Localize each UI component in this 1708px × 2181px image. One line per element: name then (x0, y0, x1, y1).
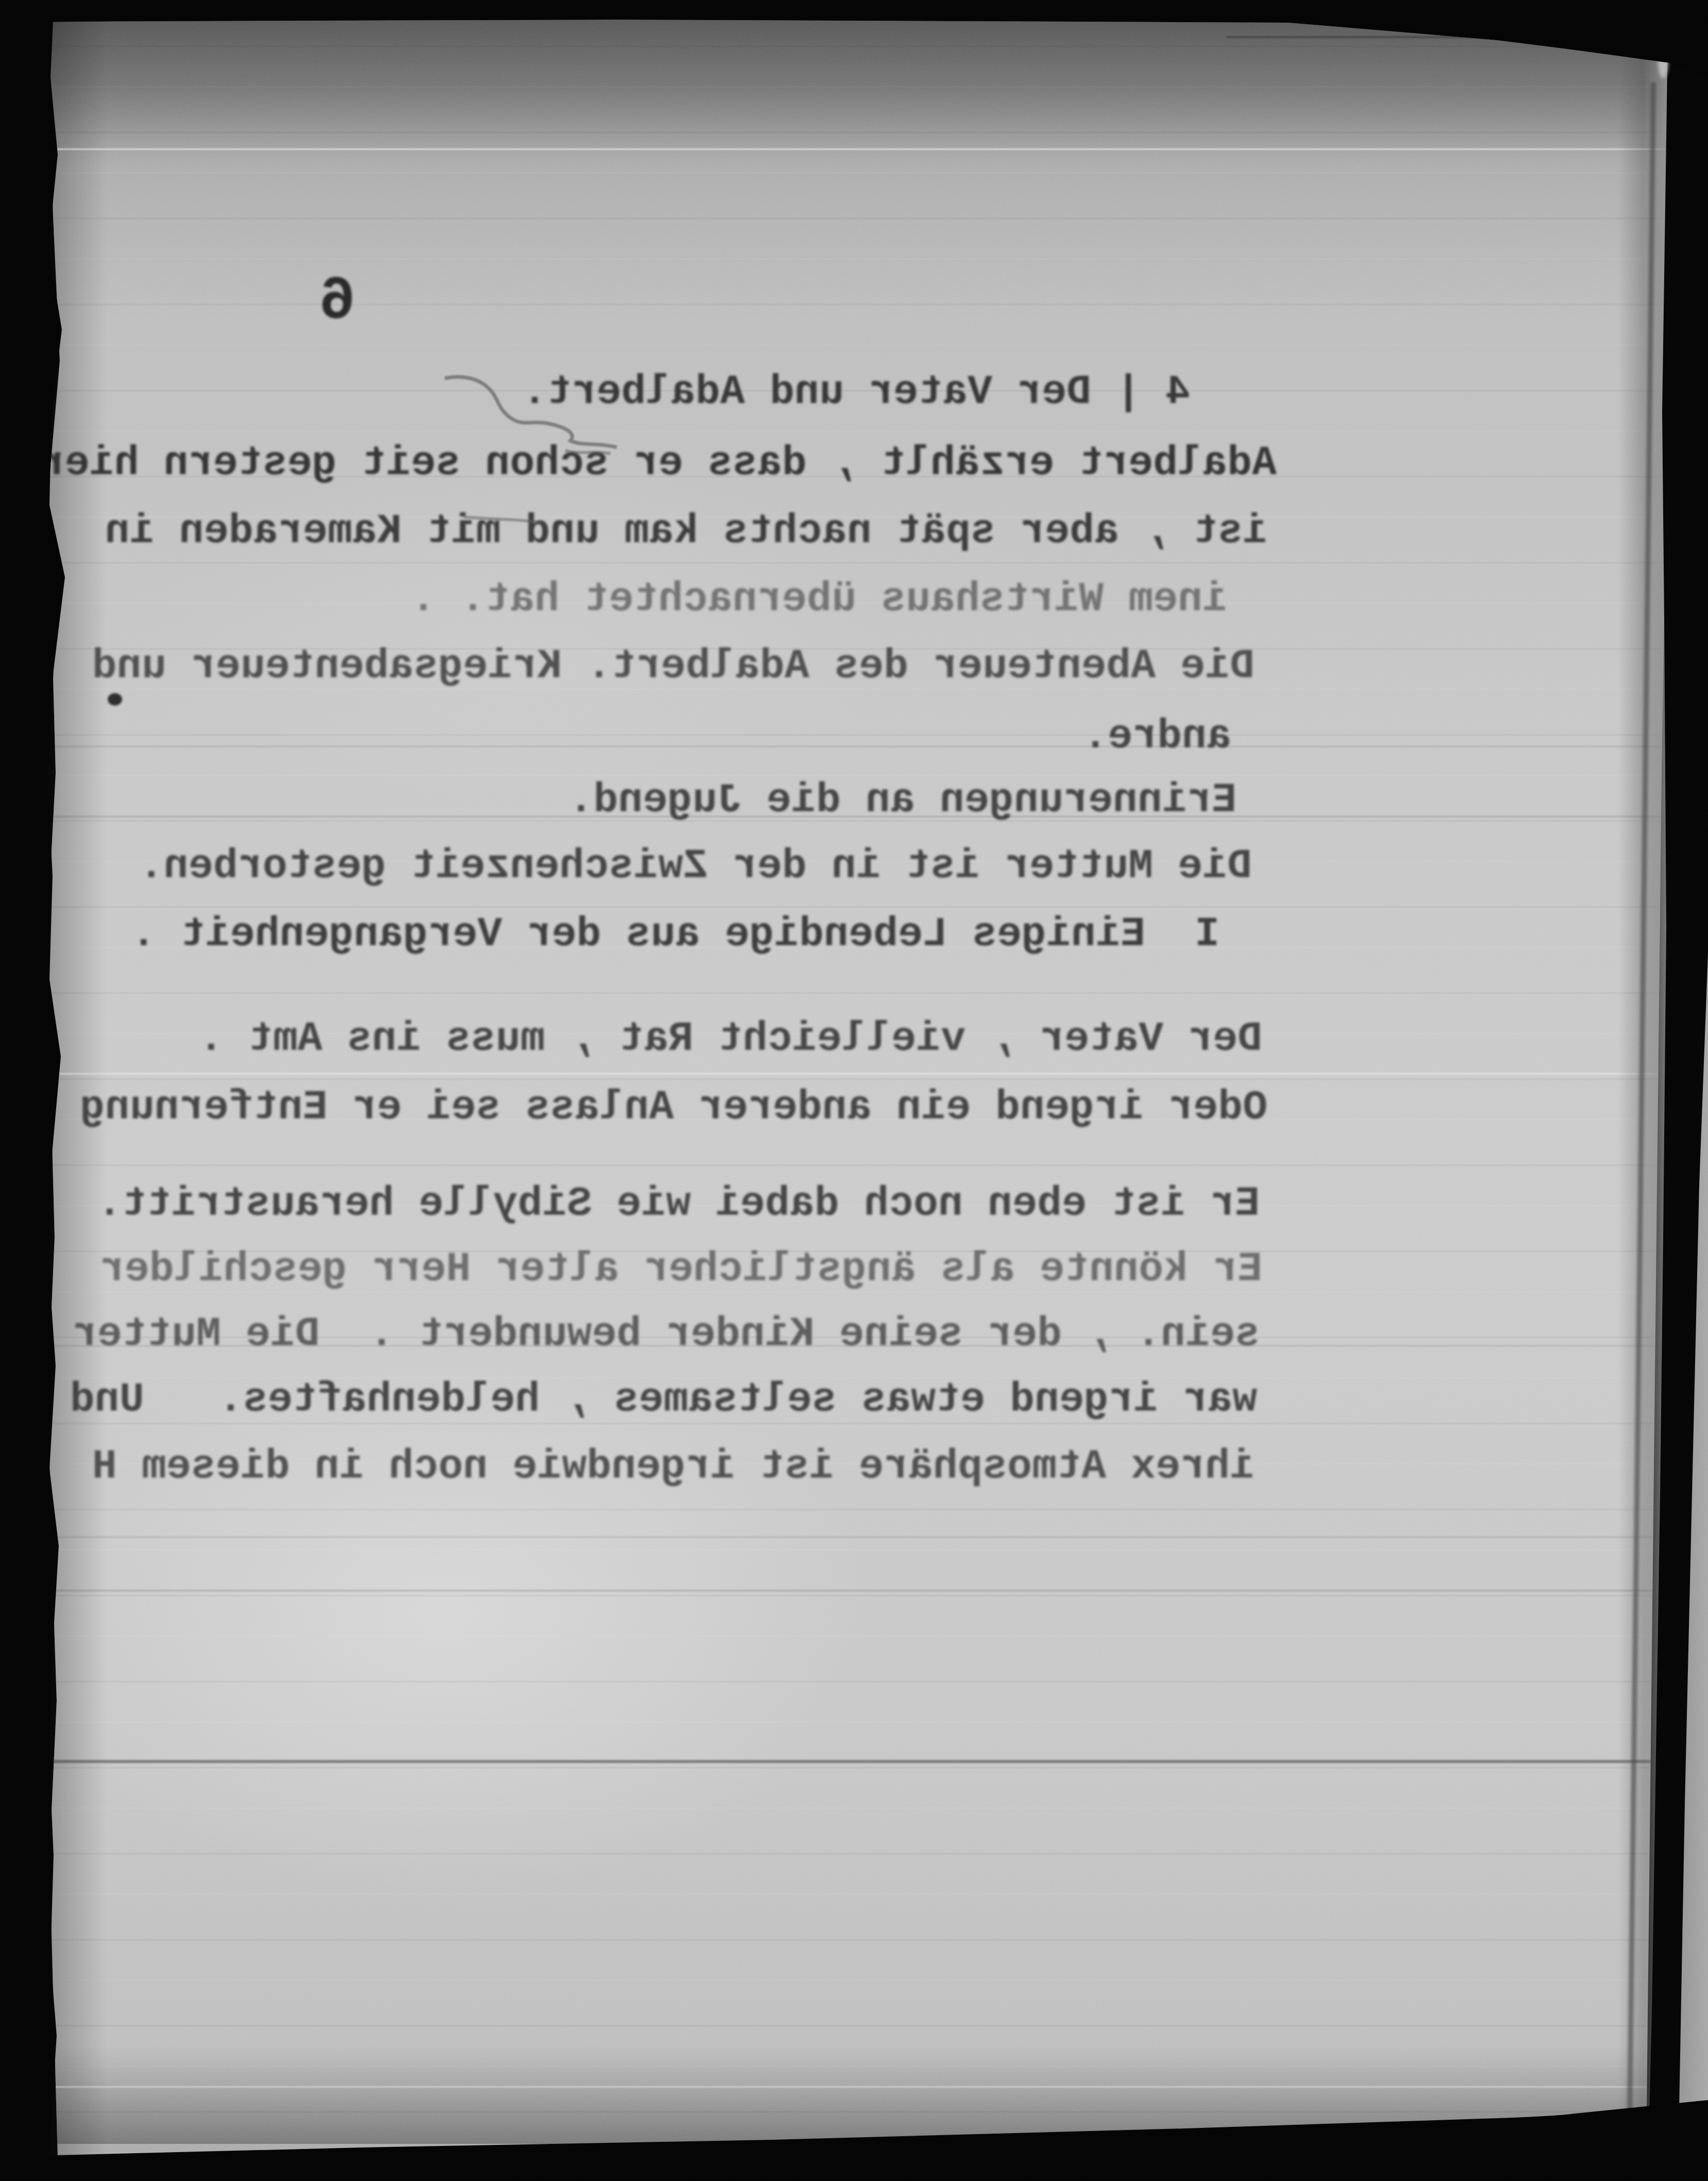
film-scan-frame: 6 4 | Der Vater und Adalbert.Adalbert er… (0, 0, 1708, 2181)
film-border-left-torn-edge (0, 0, 1708, 2181)
film-border-bottom (0, 2061, 1708, 2181)
